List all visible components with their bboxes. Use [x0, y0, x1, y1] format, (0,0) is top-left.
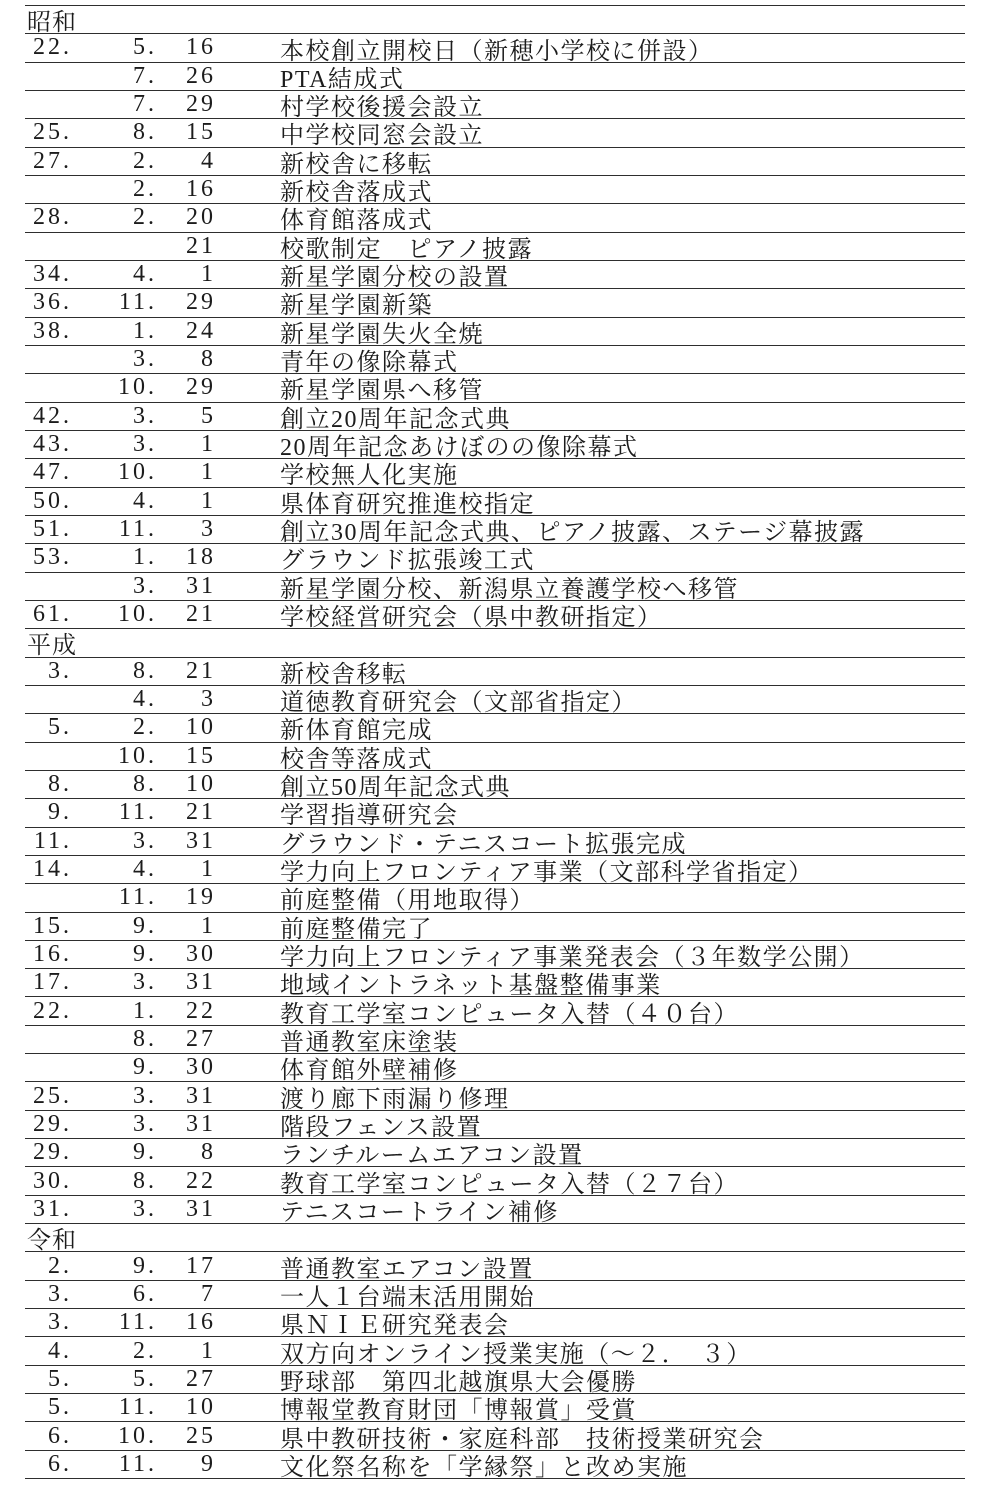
- date-day: 29: [161, 374, 216, 401]
- date-month-separator: .: [148, 403, 161, 430]
- date-year: 22: [25, 34, 63, 61]
- date-year-separator: .: [63, 799, 76, 826]
- date-month-separator: .: [148, 1111, 161, 1138]
- event-text: 道徳教育研究会（文部省指定）: [280, 685, 965, 713]
- date-day: 1: [161, 261, 216, 288]
- event-date: 11 . 3 . 31: [25, 828, 280, 855]
- date-year: 29: [25, 1111, 63, 1138]
- date-year-separator: .: [63, 488, 76, 515]
- event-text: 学力向上フロンティア事業発表会（３年数学公開）: [280, 940, 965, 968]
- event-row: 8 . 8 . 10 創立50周年記念式典: [25, 770, 965, 798]
- event-text: 普通教室床塗装: [280, 1025, 965, 1053]
- date-month: 10: [76, 459, 148, 486]
- event-date: 28 . 2 . 20: [25, 204, 280, 231]
- event-row: 38 . 1 . 24 新星学園失火全焼: [25, 317, 965, 345]
- event-date: 16 . 9 . 30: [25, 941, 280, 968]
- event-row: 51 . 11 . 3 創立30周年記念式典、ピアノ披露、ステージ幕披露: [25, 515, 965, 543]
- event-text: 校舎等落成式: [280, 742, 965, 770]
- date-year-separator: .: [63, 119, 76, 146]
- date-month: 1: [76, 998, 148, 1025]
- event-text: 普通教室エアコン設置: [280, 1251, 965, 1279]
- event-text: 双方向オンライン授業実施（～２． ３）: [280, 1336, 965, 1364]
- date-day: 31: [161, 969, 216, 996]
- date-year: 9: [25, 799, 63, 826]
- event-row: 4 . 3 道徳教育研究会（文部省指定）: [25, 685, 965, 713]
- date-month-separator: .: [148, 1451, 161, 1478]
- event-date: 36 . 11 . 29: [25, 289, 280, 316]
- event-row: 30 . 8 . 22 教育工学室コンピュータ入替（２７台）: [25, 1166, 965, 1194]
- event-row: 61 . 10 . 21 学校経営研究会（県中教研指定）: [25, 600, 965, 628]
- date-year-separator: [63, 1026, 76, 1053]
- event-row: 6 . 10 . 25 県中教研技術・家庭科部 技術授業研究会: [25, 1421, 965, 1449]
- event-date: 17 . 3 . 31: [25, 969, 280, 996]
- date-day: 1: [161, 1338, 216, 1365]
- date-day: 8: [161, 346, 216, 373]
- event-text: 新体育館完成: [280, 713, 965, 741]
- date-month-separator: .: [148, 1026, 161, 1053]
- date-month: 11: [76, 884, 148, 911]
- date-year-separator: .: [63, 318, 76, 345]
- date-day: 29: [161, 91, 216, 118]
- date-year: 28: [25, 204, 63, 231]
- date-year-separator: .: [63, 1139, 76, 1166]
- event-date: 3 . 8: [25, 346, 280, 373]
- event-date: 6 . 10 . 25: [25, 1423, 280, 1450]
- event-text: 新星学園分校、新潟県立養護学校へ移管: [280, 572, 965, 600]
- date-year-separator: .: [63, 204, 76, 231]
- date-day: 21: [161, 233, 216, 260]
- date-day: 9: [161, 1451, 216, 1478]
- event-date: 2 . 16: [25, 176, 280, 203]
- event-date: 27 . 2 . 4: [25, 148, 280, 175]
- date-month: 8: [76, 1168, 148, 1195]
- date-year: 5: [25, 1394, 63, 1421]
- date-year: 17: [25, 969, 63, 996]
- date-day: 20: [161, 204, 216, 231]
- date-month-separator: .: [148, 998, 161, 1025]
- event-text: 学校無人化実施: [280, 458, 965, 486]
- event-row: 7 . 26 PTA結成式: [25, 62, 965, 90]
- date-day: 16: [161, 34, 216, 61]
- event-row: 3 . 31 新星学園分校、新潟県立養護学校へ移管: [25, 572, 965, 600]
- document-page: 昭和 22 . 5 . 16 本校創立開校日（新穂小学校に併設） 7 . 26 …: [0, 0, 1000, 1501]
- date-month-separator: .: [148, 799, 161, 826]
- event-date: 21: [25, 233, 280, 260]
- event-date: 5 . 2 . 10: [25, 714, 280, 741]
- date-month-separator: .: [148, 856, 161, 883]
- date-year: 8: [25, 771, 63, 798]
- date-month-separator: .: [148, 884, 161, 911]
- event-date: 8 . 8 . 10: [25, 771, 280, 798]
- date-year-separator: .: [63, 828, 76, 855]
- event-text: グラウンド拡張竣工式: [280, 543, 965, 571]
- event-row: 22 . 5 . 16 本校創立開校日（新穂小学校に併設）: [25, 33, 965, 61]
- date-month: 8: [76, 1026, 148, 1053]
- event-text: 本校創立開校日（新穂小学校に併設）: [280, 33, 965, 61]
- date-year: 14: [25, 856, 63, 883]
- date-month-separator: .: [148, 658, 161, 685]
- event-row: 29 . 3 . 31 階段フェンス設置: [25, 1110, 965, 1138]
- event-date: 30 . 8 . 22: [25, 1168, 280, 1195]
- date-year: 27: [25, 148, 63, 175]
- event-text: 教育工学室コンピュータ入替（２７台）: [280, 1166, 965, 1194]
- date-day: 17: [161, 1253, 216, 1280]
- event-text: 学習指導研究会: [280, 798, 965, 826]
- date-month-separator: .: [148, 1196, 161, 1223]
- date-month: 2: [76, 204, 148, 231]
- date-month-separator: .: [148, 601, 161, 628]
- date-year: 5: [25, 1366, 63, 1393]
- event-text: 新星学園県へ移管: [280, 373, 965, 401]
- date-month: 11: [76, 516, 148, 543]
- event-text: 新校舎に移転: [280, 147, 965, 175]
- date-day: 10: [161, 1394, 216, 1421]
- date-day: 31: [161, 1083, 216, 1110]
- date-year-separator: [63, 63, 76, 90]
- event-date: 2 . 9 . 17: [25, 1253, 280, 1280]
- date-year: [25, 91, 63, 118]
- date-month: 3: [76, 969, 148, 996]
- date-year-separator: .: [63, 431, 76, 458]
- event-date: 8 . 27: [25, 1026, 280, 1053]
- date-month-separator: .: [148, 459, 161, 486]
- event-row: 16 . 9 . 30 学力向上フロンティア事業発表会（３年数学公開）: [25, 940, 965, 968]
- event-text: 創立20周年記念式典: [280, 402, 965, 430]
- date-month: 10: [76, 374, 148, 401]
- event-date: 11 . 19: [25, 884, 280, 911]
- date-day: 25: [161, 1423, 216, 1450]
- date-day: 16: [161, 176, 216, 203]
- era-row: 令和: [25, 1223, 965, 1251]
- event-row: 25 . 3 . 31 渡り廊下雨漏り修理: [25, 1081, 965, 1109]
- event-row: 15 . 9 . 1 前庭整備完了: [25, 912, 965, 940]
- date-day: 18: [161, 544, 216, 571]
- date-month: 3: [76, 1196, 148, 1223]
- date-year-separator: .: [63, 544, 76, 571]
- date-year: 36: [25, 289, 63, 316]
- date-month: 1: [76, 318, 148, 345]
- date-year-separator: .: [63, 1168, 76, 1195]
- date-year-separator: .: [63, 1253, 76, 1280]
- date-month: 2: [76, 1338, 148, 1365]
- date-day: 1: [161, 856, 216, 883]
- era-label: 令和: [27, 1223, 77, 1251]
- event-row: 10 . 15 校舎等落成式: [25, 742, 965, 770]
- date-month-separator: .: [148, 1139, 161, 1166]
- date-day: 7: [161, 1281, 216, 1308]
- event-date: 43 . 3 . 1: [25, 431, 280, 458]
- event-row: 31 . 3 . 31 テニスコートライン補修: [25, 1195, 965, 1223]
- date-month: 4: [76, 488, 148, 515]
- date-year-separator: .: [63, 403, 76, 430]
- date-day: 16: [161, 1309, 216, 1336]
- event-text: ランチルームエアコン設置: [280, 1138, 965, 1166]
- date-year: [25, 743, 63, 770]
- date-year-separator: [63, 573, 76, 600]
- date-year-separator: .: [63, 658, 76, 685]
- event-text: 校歌制定 ピアノ披露: [280, 232, 965, 260]
- date-month-separator: .: [148, 1253, 161, 1280]
- date-month-separator: .: [148, 148, 161, 175]
- date-day: 21: [161, 601, 216, 628]
- date-year: 25: [25, 1083, 63, 1110]
- event-row: 10 . 29 新星学園県へ移管: [25, 373, 965, 401]
- event-date: 38 . 1 . 24: [25, 318, 280, 345]
- event-date: 3 . 6 . 7: [25, 1281, 280, 1308]
- era-label: 昭和: [27, 5, 77, 33]
- event-date: 3 . 11 . 16: [25, 1309, 280, 1336]
- date-year-separator: .: [63, 1281, 76, 1308]
- event-text: 県体育研究推進校指定: [280, 487, 965, 515]
- date-month-separator: .: [148, 119, 161, 146]
- date-year-separator: [63, 686, 76, 713]
- date-month: 10: [76, 601, 148, 628]
- date-year: [25, 346, 63, 373]
- date-day: 30: [161, 1054, 216, 1081]
- date-month: 11: [76, 1451, 148, 1478]
- event-date: 15 . 9 . 1: [25, 913, 280, 940]
- date-day: 1: [161, 913, 216, 940]
- date-month: 3: [76, 346, 148, 373]
- event-text: 新校舎落成式: [280, 175, 965, 203]
- date-month-separator: .: [148, 34, 161, 61]
- date-year: [25, 686, 63, 713]
- event-row: 4 . 2 . 1 双方向オンライン授業実施（～２． ３）: [25, 1336, 965, 1364]
- date-month: 2: [76, 148, 148, 175]
- event-text: グラウンド・テニスコート拡張完成: [280, 827, 965, 855]
- event-row: 21 校歌制定 ピアノ披露: [25, 232, 965, 260]
- date-month: 4: [76, 856, 148, 883]
- event-text: 体育館外壁補修: [280, 1053, 965, 1081]
- event-date: 50 . 4 . 1: [25, 488, 280, 515]
- date-day: 1: [161, 431, 216, 458]
- event-text: 村学校後援会設立: [280, 90, 965, 118]
- event-text: 博報堂教育財団「博報賞」受賞: [280, 1393, 965, 1421]
- event-text: 県ＮＩＥ研究発表会: [280, 1308, 965, 1336]
- date-day: 10: [161, 714, 216, 741]
- date-year: 3: [25, 1309, 63, 1336]
- date-month: 8: [76, 771, 148, 798]
- date-month: 4: [76, 686, 148, 713]
- date-month: 5: [76, 1366, 148, 1393]
- date-year-separator: [63, 374, 76, 401]
- date-month: 11: [76, 289, 148, 316]
- date-month: 11: [76, 1309, 148, 1336]
- date-day: 1: [161, 488, 216, 515]
- date-day: 24: [161, 318, 216, 345]
- event-text: 中学校同窓会設立: [280, 118, 965, 146]
- date-day: 22: [161, 998, 216, 1025]
- event-date: 10 . 29: [25, 374, 280, 401]
- date-month-separator: .: [148, 544, 161, 571]
- event-row: 8 . 27 普通教室床塗装: [25, 1025, 965, 1053]
- date-month-separator: .: [148, 91, 161, 118]
- event-date: 9 . 11 . 21: [25, 799, 280, 826]
- date-year: [25, 1026, 63, 1053]
- date-year: 31: [25, 1196, 63, 1223]
- event-row: 34 . 4 . 1 新星学園分校の設置: [25, 260, 965, 288]
- date-month: 8: [76, 119, 148, 146]
- date-month-separator: .: [148, 261, 161, 288]
- date-year-separator: .: [63, 1394, 76, 1421]
- event-text: 新校舎移転: [280, 657, 965, 685]
- event-date: 4 . 2 . 1: [25, 1338, 280, 1365]
- event-date: 25 . 8 . 15: [25, 119, 280, 146]
- date-month-separator: .: [148, 941, 161, 968]
- date-day: 27: [161, 1366, 216, 1393]
- date-day: 15: [161, 119, 216, 146]
- date-month-separator: .: [148, 1309, 161, 1336]
- date-month-separator: .: [148, 1394, 161, 1421]
- date-year: 11: [25, 828, 63, 855]
- date-year-separator: [63, 1054, 76, 1081]
- era-label: 平成: [27, 628, 77, 656]
- date-month: 5: [76, 34, 148, 61]
- date-year-separator: .: [63, 941, 76, 968]
- event-date: 4 . 3: [25, 686, 280, 713]
- date-year: [25, 176, 63, 203]
- event-date: 22 . 1 . 22: [25, 998, 280, 1025]
- event-row: 42 . 3 . 5 創立20周年記念式典: [25, 402, 965, 430]
- event-text: 教育工学室コンピュータ入替（４０台）: [280, 996, 965, 1024]
- date-year: 25: [25, 119, 63, 146]
- date-year: 53: [25, 544, 63, 571]
- date-year-separator: [63, 884, 76, 911]
- date-month: 4: [76, 261, 148, 288]
- date-year: 47: [25, 459, 63, 486]
- date-month-separator: .: [148, 743, 161, 770]
- event-row: 28 . 2 . 20 体育館落成式: [25, 203, 965, 231]
- event-row: 22 . 1 . 22 教育工学室コンピュータ入替（４０台）: [25, 996, 965, 1024]
- date-year: 51: [25, 516, 63, 543]
- date-month-separator: .: [148, 686, 161, 713]
- date-day: 10: [161, 771, 216, 798]
- date-year: 30: [25, 1168, 63, 1195]
- date-year-separator: [63, 233, 76, 260]
- event-row: 5 . 11 . 10 博報堂教育財団「博報賞」受賞: [25, 1393, 965, 1421]
- event-date: 42 . 3 . 5: [25, 403, 280, 430]
- date-year: 43: [25, 431, 63, 458]
- date-year-separator: .: [63, 1196, 76, 1223]
- date-month: 10: [76, 1423, 148, 1450]
- date-day: 27: [161, 1026, 216, 1053]
- event-date: 29 . 3 . 31: [25, 1111, 280, 1138]
- date-day: 3: [161, 686, 216, 713]
- event-text: PTA結成式: [280, 62, 965, 90]
- date-year: [25, 63, 63, 90]
- event-text: 新星学園新築: [280, 288, 965, 316]
- date-year: 16: [25, 941, 63, 968]
- event-text: 前庭整備（用地取得）: [280, 883, 965, 911]
- event-row: 3 . 8 . 21 新校舎移転: [25, 657, 965, 685]
- event-text: テニスコートライン補修: [280, 1195, 965, 1223]
- date-year-separator: .: [63, 459, 76, 486]
- event-row: 29 . 9 . 8 ランチルームエアコン設置: [25, 1138, 965, 1166]
- date-month-separator: .: [148, 573, 161, 600]
- date-year: [25, 233, 63, 260]
- event-row: 27 . 2 . 4 新校舎に移転: [25, 147, 965, 175]
- date-month: 3: [76, 573, 148, 600]
- date-day: 30: [161, 941, 216, 968]
- date-month: 2: [76, 176, 148, 203]
- event-date: 29 . 9 . 8: [25, 1139, 280, 1166]
- date-month-separator: .: [148, 1168, 161, 1195]
- date-day: 15: [161, 743, 216, 770]
- date-year: 42: [25, 403, 63, 430]
- date-year-separator: .: [63, 516, 76, 543]
- date-year-separator: .: [63, 148, 76, 175]
- date-day: 31: [161, 1111, 216, 1138]
- date-year: [25, 573, 63, 600]
- date-month: 9: [76, 941, 148, 968]
- date-day: 21: [161, 658, 216, 685]
- event-date: 61 . 10 . 21: [25, 601, 280, 628]
- date-month-separator: .: [148, 771, 161, 798]
- date-year: [25, 374, 63, 401]
- date-day: 4: [161, 148, 216, 175]
- event-date: 34 . 4 . 1: [25, 261, 280, 288]
- date-year-separator: .: [63, 714, 76, 741]
- event-text: 新星学園分校の設置: [280, 260, 965, 288]
- date-year-separator: [63, 346, 76, 373]
- date-year: 4: [25, 1338, 63, 1365]
- date-month-separator: .: [148, 1281, 161, 1308]
- date-year-separator: .: [63, 1366, 76, 1393]
- date-month: 3: [76, 431, 148, 458]
- event-text: 階段フェンス設置: [280, 1110, 965, 1138]
- date-year-separator: .: [63, 289, 76, 316]
- date-year: 15: [25, 913, 63, 940]
- event-row: 5 . 5 . 27 野球部 第四北越旗県大会優勝: [25, 1365, 965, 1393]
- date-year: 3: [25, 658, 63, 685]
- event-row: 53 . 1 . 18 グラウンド拡張竣工式: [25, 543, 965, 571]
- date-month-separator: .: [148, 516, 161, 543]
- date-month: [76, 233, 148, 260]
- date-year: [25, 1054, 63, 1081]
- date-year-separator: .: [63, 261, 76, 288]
- event-row: 50 . 4 . 1 県体育研究推進校指定: [25, 487, 965, 515]
- date-month-separator: .: [148, 431, 161, 458]
- date-month: 7: [76, 91, 148, 118]
- date-year: 6: [25, 1423, 63, 1450]
- date-month-separator: .: [148, 969, 161, 996]
- date-month: 11: [76, 1394, 148, 1421]
- event-text: 20周年記念あけぼのの像除幕式: [280, 430, 965, 458]
- date-month: 6: [76, 1281, 148, 1308]
- date-month-separator: .: [148, 204, 161, 231]
- date-year: 50: [25, 488, 63, 515]
- event-row: 5 . 2 . 10 新体育館完成: [25, 713, 965, 741]
- era-row: 昭和: [25, 5, 965, 33]
- date-month-separator: .: [148, 318, 161, 345]
- date-year: 6: [25, 1451, 63, 1478]
- event-text: 一人１台端末活用開始: [280, 1280, 965, 1308]
- event-date: 3 . 8 . 21: [25, 658, 280, 685]
- date-day: 19: [161, 884, 216, 911]
- event-row: 3 . 11 . 16 県ＮＩＥ研究発表会: [25, 1308, 965, 1336]
- date-month-separator: .: [148, 1054, 161, 1081]
- date-day: 1: [161, 459, 216, 486]
- date-day: 31: [161, 828, 216, 855]
- event-date: 7 . 26: [25, 63, 280, 90]
- event-date: 31 . 3 . 31: [25, 1196, 280, 1223]
- event-text: 渡り廊下雨漏り修理: [280, 1081, 965, 1109]
- event-row: 6 . 11 . 9 文化祭名称を「学縁祭」と改め実施: [25, 1450, 965, 1478]
- date-year-separator: .: [63, 998, 76, 1025]
- date-month-separator: .: [148, 1083, 161, 1110]
- event-date: 5 . 11 . 10: [25, 1394, 280, 1421]
- event-text: 学校経営研究会（県中教研指定）: [280, 600, 965, 628]
